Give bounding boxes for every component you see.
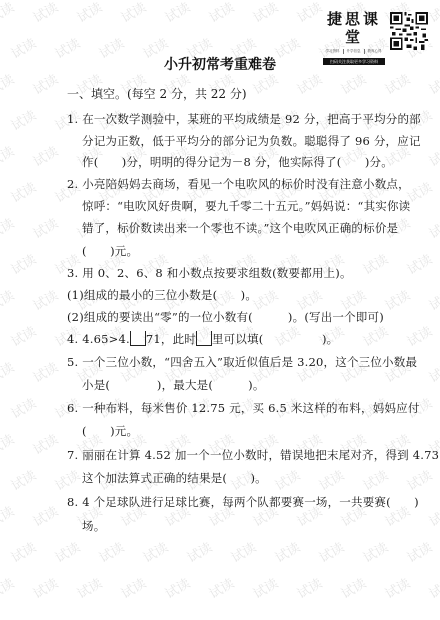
question-5-line-2: 小是( )，最大是( )。 xyxy=(82,377,265,393)
question-4-suffix: 里可以填( )。 xyxy=(212,332,338,346)
question-5-line-1: 5. 一个三位小数，“四舍五入”取近似值后是 3.20，这个三位小数最 xyxy=(67,354,417,370)
question-4-prefix: 4. 4.65>4. xyxy=(67,332,130,346)
question-3-part-1: (1)组成的最小的三位小数是( )。 xyxy=(67,287,257,303)
brand-name: 捷思课堂 xyxy=(323,10,385,46)
question-8-line-1: 8. 4 个足球队进行足球比赛，每两个队都要赛一场，一共要赛( ) xyxy=(67,494,419,510)
page-title: 小升初常考重难卷 xyxy=(0,54,440,74)
question-8-line-2: 场。 xyxy=(82,518,105,534)
question-1-line-2: 分记为正数，低于平均分的部分记为负数。聪聪得了 96 分，应记 xyxy=(82,133,421,149)
question-4-middle: 71，此时 xyxy=(146,332,196,346)
question-2-line-3: 错了，标价数读出来一个零也不读。”这个电吹风正确的标价是 xyxy=(82,220,398,236)
question-3-line-1: 3. 用 0、2、6、8 和小数点按要求组数(数要都用上)。 xyxy=(67,265,352,281)
question-2-line-4: ( )元。 xyxy=(82,243,138,259)
question-3-part-2: (2)组成的要读出“零”的一位小数有( )。(写出一个即可) xyxy=(67,309,384,325)
answer-box xyxy=(130,331,146,346)
exam-page: 捷思课堂 学习资料 升学信息 教育心得 扫码关注获取更多学习资料 小升初常考重难… xyxy=(0,0,440,620)
qr-code-icon xyxy=(390,12,428,50)
question-6-line-2: ( )元。 xyxy=(82,423,138,439)
question-6-line-1: 6. 一种布料，每米售价 12.75 元，买 6.5 米这样的布料，妈妈应付 xyxy=(67,400,420,416)
question-1-line-3: 作( )分，明明的得分记为－8 分，他实际得了( )分。 xyxy=(82,154,393,170)
section-heading: 一、填空。(每空 2 分，共 22 分) xyxy=(67,85,247,102)
question-2-line-2: 惊呼：“电吹风好贵啊，要九千零二十五元。”妈妈说：“其实你读 xyxy=(82,198,410,214)
question-7-line-2: 这个加法算式正确的结果是( )。 xyxy=(82,470,267,486)
answer-box-reference xyxy=(196,331,212,346)
question-7-line-1: 7. 丽丽在计算 4.52 加一个一位小数时，错误地把末尾对齐，得到 4.73， xyxy=(67,447,440,463)
question-4: 4. 4.65>4.71，此时里可以填( )。 xyxy=(67,331,338,347)
question-1-line-1: 1. 在一次数学测验中，某班的平均成绩是 92 分，把高于平均分的部 xyxy=(67,111,421,127)
question-2-line-1: 2. 小亮陪妈妈去商场，看见一个电吹风的标价时没有注意小数点， xyxy=(67,176,410,192)
